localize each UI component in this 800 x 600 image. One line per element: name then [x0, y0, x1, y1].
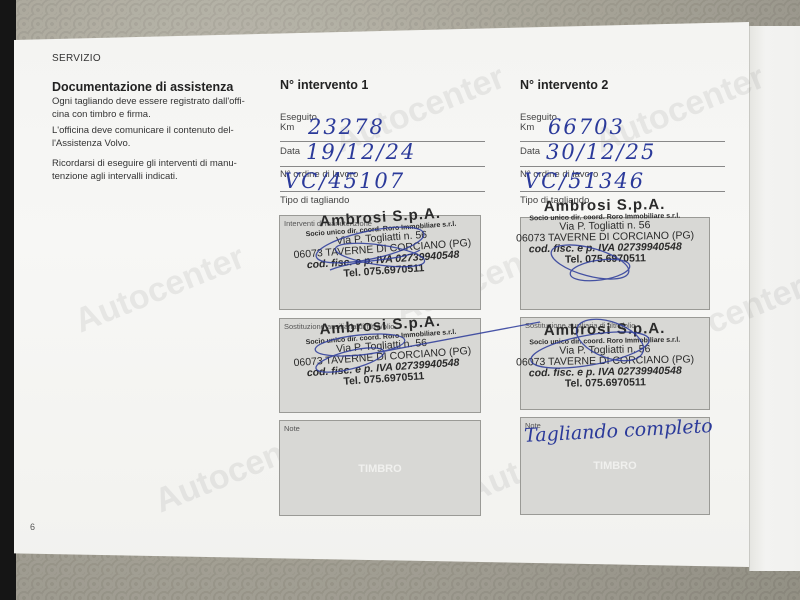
right-page-edge: [749, 26, 800, 571]
order-value: VC/45107: [284, 169, 405, 193]
stamp-placeholder: TIMBRO: [521, 460, 709, 472]
date-field[interactable]: Data 19/12/24: [280, 142, 485, 167]
km-label: Km: [520, 122, 534, 133]
km-value: 66703: [548, 115, 625, 139]
date-label: Data: [520, 146, 540, 157]
date-field[interactable]: Data 30/12/25: [520, 142, 725, 167]
page-title: Documentazione di assistenza: [52, 80, 233, 94]
date-value: 30/12/25: [546, 140, 656, 164]
paragraph-2: L'officina deve comunicare il contenuto …: [52, 125, 252, 150]
intervention-title: N° intervento 2: [520, 78, 725, 96]
intervention-1: N° intervento 1 Eseguito Km 23278 Data 1…: [280, 78, 485, 208]
km-field[interactable]: Eseguito Km 66703: [520, 107, 725, 142]
km-field[interactable]: Eseguito Km 23278: [280, 107, 485, 142]
date-label: Data: [280, 146, 300, 157]
page-number: 6: [30, 522, 35, 532]
notes-box: Note TIMBRO: [279, 420, 481, 516]
stamp-placeholder: TIMBRO: [280, 463, 480, 475]
order-field[interactable]: N° ordine di lavoro VC/51346: [520, 167, 725, 192]
section-label: SERVIZIO: [52, 53, 101, 64]
box-label: Note: [284, 424, 300, 433]
dealer-stamp: Ambrosi S.p.A. Socio unico dir. coord. R…: [489, 196, 720, 267]
order-value: VC/51346: [524, 169, 645, 193]
intervention-title: N° intervento 1: [280, 78, 485, 96]
km-label: Km: [280, 122, 294, 133]
dealer-stamp: Ambrosi S.p.A. Socio unico dir. coord. R…: [489, 320, 720, 391]
date-value: 19/12/24: [306, 140, 416, 164]
km-value: 23278: [308, 115, 385, 139]
order-field[interactable]: N° ordine di lavoro VC/45107: [280, 167, 485, 192]
intervention-2: N° intervento 2 Eseguito Km 66703 Data 3…: [520, 78, 725, 208]
paragraph-1: Ogni tagliando deve essere registrato da…: [52, 96, 252, 121]
dark-edge: [0, 0, 16, 600]
paragraph-3: Ricordarsi di eseguire gli interventi di…: [52, 158, 252, 183]
